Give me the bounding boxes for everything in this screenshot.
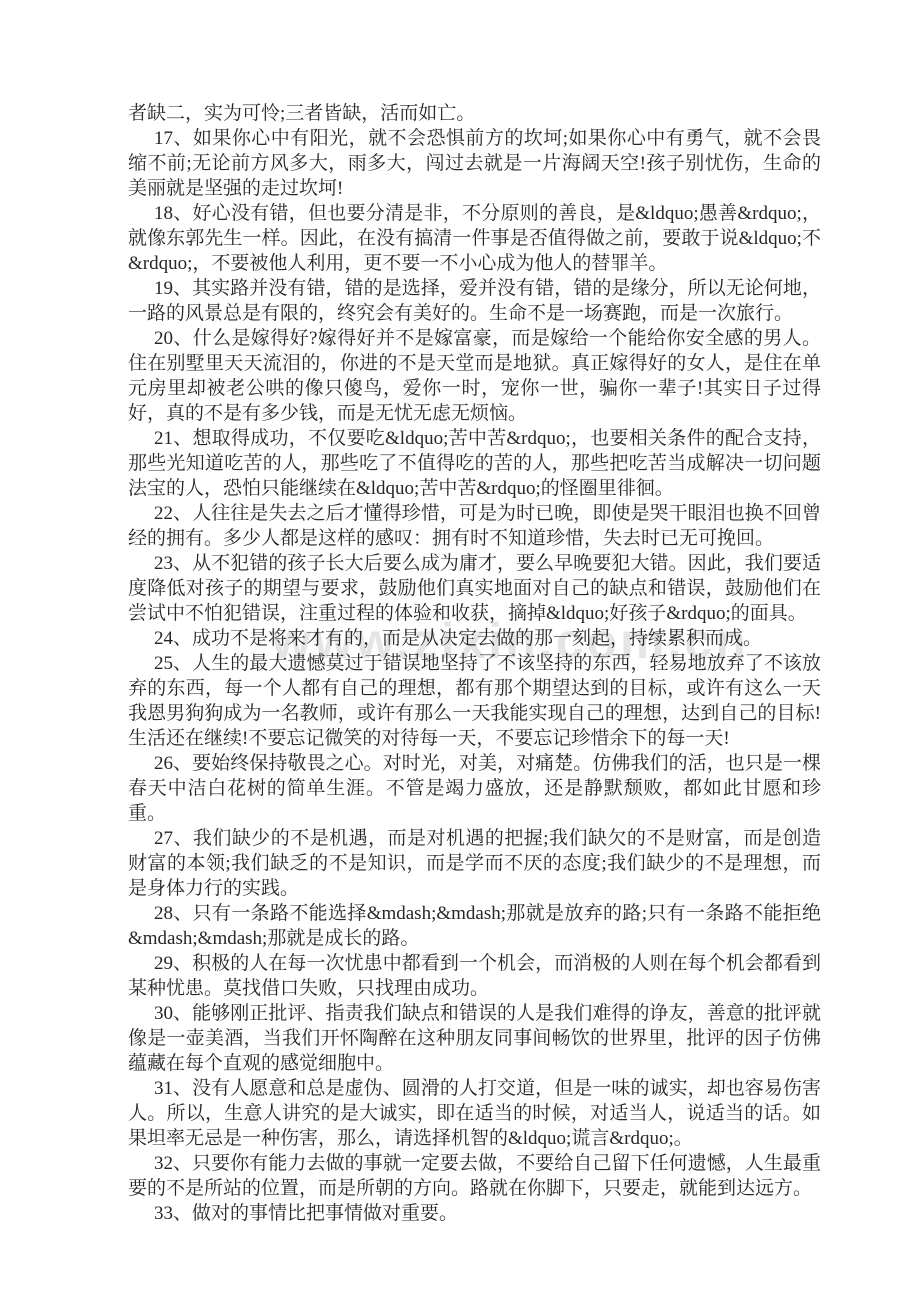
paragraph: 30、能够刚正批评、指责我们缺点和错误的人是我们难得的诤友，善意的批评就像是一壶… [128,1001,821,1076]
paragraph: 23、从不犯错的孩子长大后要么成为庸才，要么早晚要犯大错。因此，我们要适度降低对… [128,551,821,626]
paragraph: 17、如果你心中有阳光，就不会恐惧前方的坎坷;如果你心中有勇气，就不会畏缩不前;… [128,126,821,201]
document-body: 者缺二，实为可怜;三者皆缺，活而如亡。17、如果你心中有阳光，就不会恐惧前方的坎… [128,101,821,1226]
paragraph: 19、其实路并没有错，错的是选择，爱并没有错，错的是缘分，所以无论何地，一路的风… [128,276,821,326]
paragraph: 31、没有人愿意和总是虚伪、圆滑的人打交道，但是一味的诚实，却也容易伤害人。所以… [128,1076,821,1151]
paragraph: 者缺二，实为可怜;三者皆缺，活而如亡。 [128,101,821,126]
paragraph: 22、人往往是失去之后才懂得珍惜，可是为时已晚，即使是哭干眼泪也换不回曾经的拥有… [128,501,821,551]
document-page: www.zixin.com.cn 者缺二，实为可怜;三者皆缺，活而如亡。17、如… [0,0,920,1302]
paragraph: 29、积极的人在每一次忧患中都看到一个机会，而消极的人则在每个机会都看到某种忧患… [128,951,821,1001]
paragraph: 25、人生的最大遗憾莫过于错误地坚持了不该坚持的东西，轻易地放弃了不该放弃的东西… [128,651,821,751]
paragraph: 28、只有一条路不能选择&mdash;&mdash;那就是放弃的路;只有一条路不… [128,901,821,951]
paragraph: 21、想取得成功，不仅要吃&ldquo;苦中苦&rdquo;，也要相关条件的配合… [128,426,821,501]
paragraph: 32、只要你有能力去做的事就一定要去做，不要给自己留下任何遗憾，人生最重要的不是… [128,1151,821,1201]
paragraph: 20、什么是嫁得好?嫁得好并不是嫁富豪，而是嫁给一个能给你安全感的男人。住在别墅… [128,326,821,426]
paragraph: 18、好心没有错，但也要分清是非，不分原则的善良，是&ldquo;愚善&rdqu… [128,201,821,276]
paragraph: 26、要始终保持敬畏之心。对时光，对美，对痛楚。仿佛我们的活，也只是一棵春天中洁… [128,751,821,826]
paragraph: 27、我们缺少的不是机遇，而是对机遇的把握;我们缺欠的不是财富，而是创造财富的本… [128,826,821,901]
paragraph: 33、做对的事情比把事情做对重要。 [128,1201,821,1226]
paragraph: 24、成功不是将来才有的，而是从决定去做的那一刻起，持续累积而成。 [128,626,821,651]
